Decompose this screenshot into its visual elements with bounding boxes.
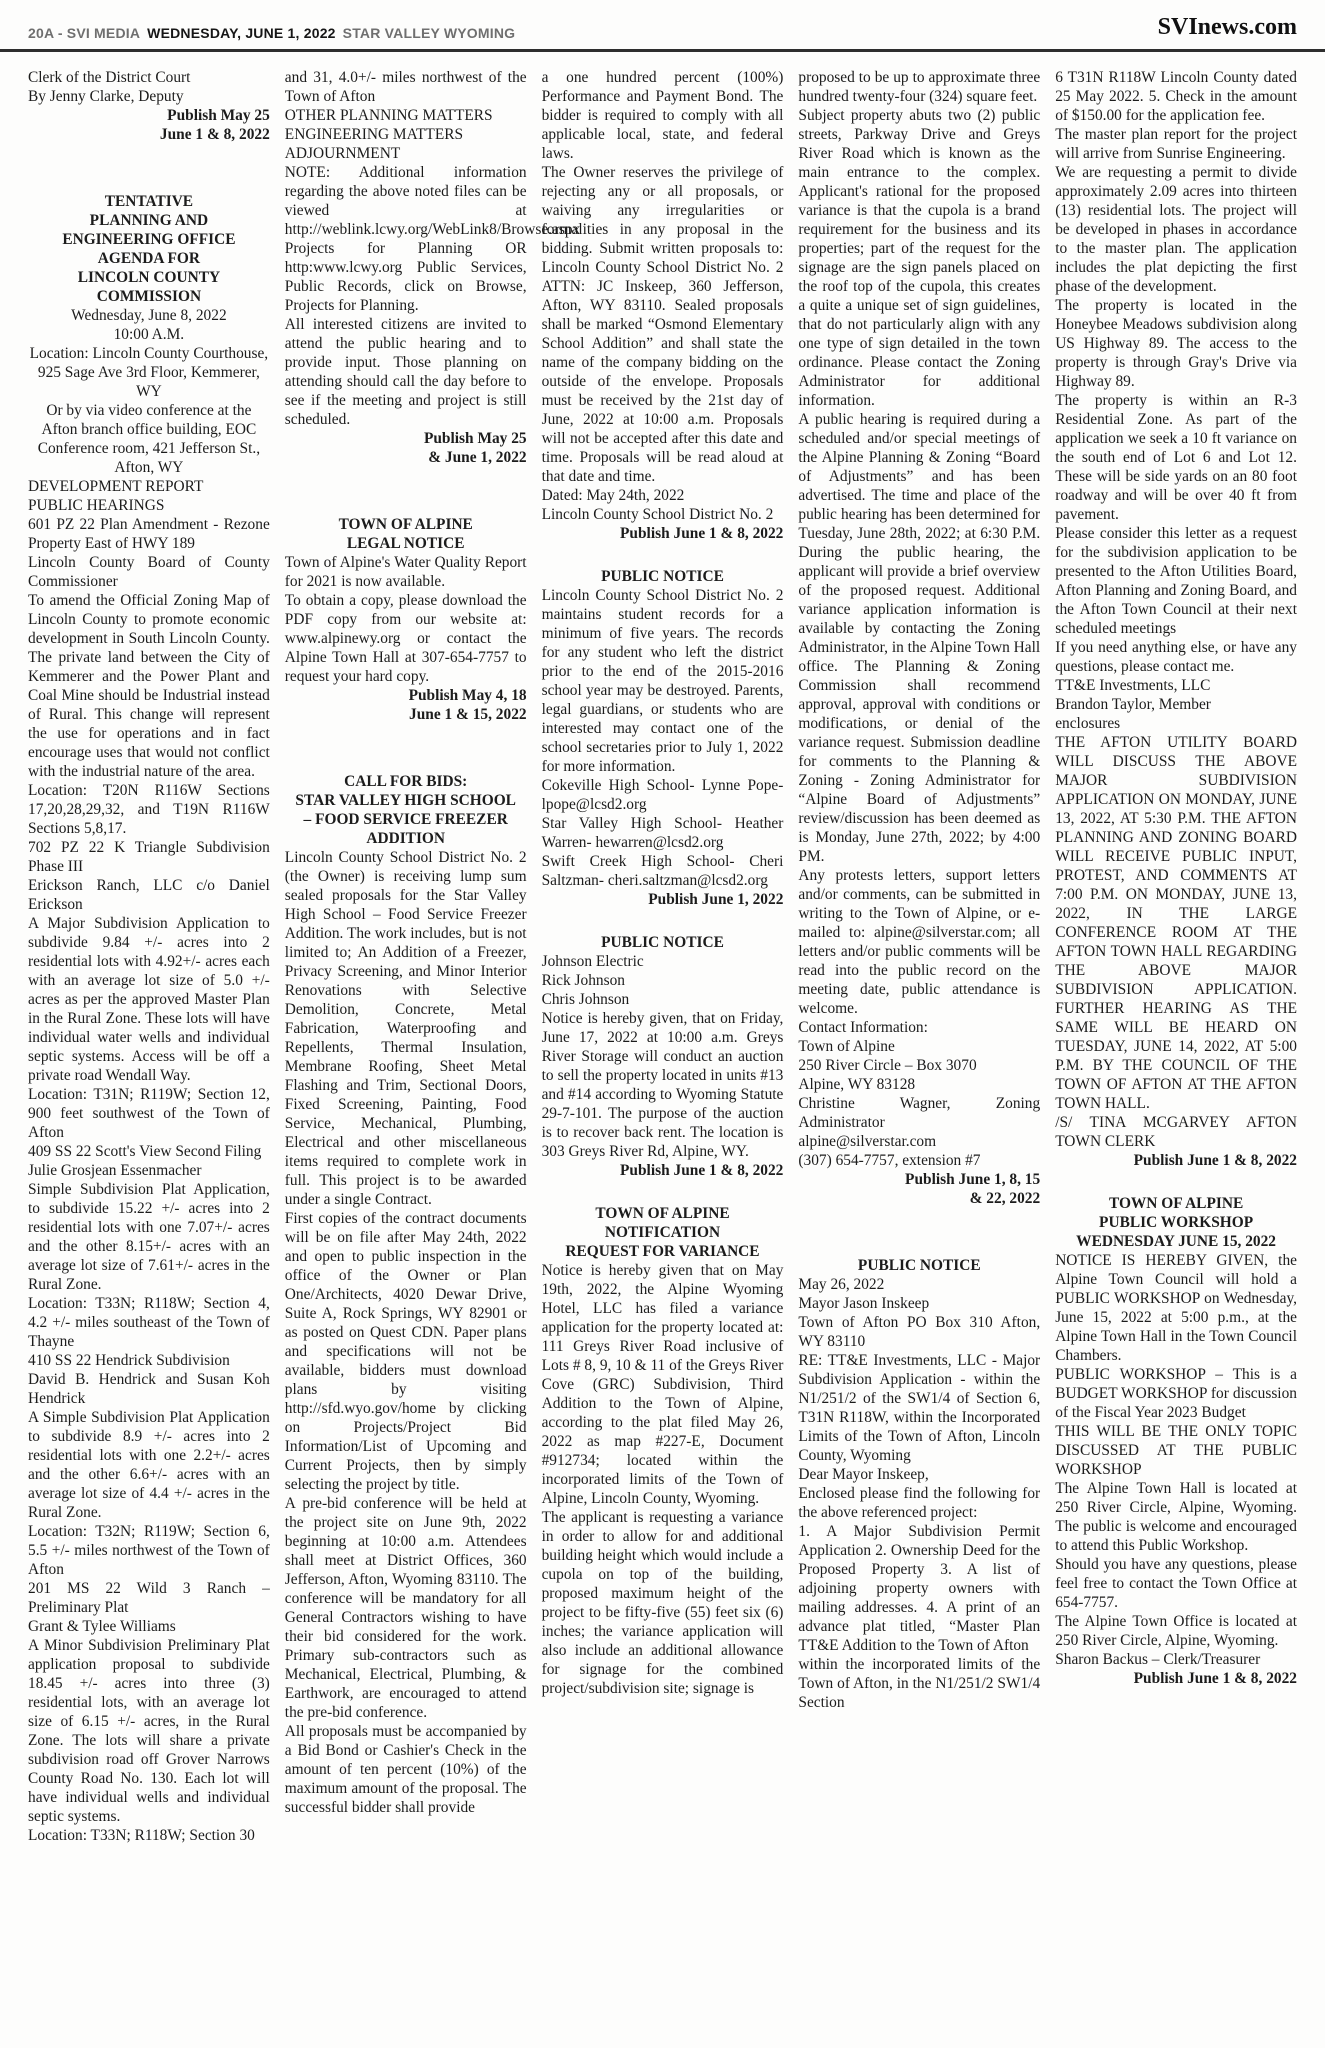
notice-paragraph: Chris Johnson — [542, 990, 784, 1009]
notice-paragraph: A public hearing is required during a sc… — [798, 410, 1040, 866]
notice-paragraph: Dear Mayor Inskeep, — [798, 1465, 1040, 1484]
publish-line: Publish June 1, 2022 — [542, 890, 784, 909]
notice-paragraph: Swift Creek High School- Cheri Saltzman-… — [542, 852, 784, 890]
notice-centered-text: Wednesday, June 8, 2022 — [28, 306, 270, 325]
notice-paragraph: THIS WILL BE THE ONLY TOPIC DISCUSSED AT… — [1055, 1422, 1297, 1479]
notice-paragraph: Any protests letters, support letters an… — [798, 866, 1040, 1018]
notice-paragraph: ADJOURNMENT — [285, 144, 527, 163]
notice-paragraph: All proposals must be accompanied by a B… — [285, 1722, 527, 1817]
notice-paragraph: Lincoln County School District No. 2 — [542, 505, 784, 524]
notice-paragraph: Town of Alpine — [798, 1037, 1040, 1056]
notice-heading: PUBLIC NOTICE — [542, 933, 784, 952]
notice-paragraph: Sharon Backus – Clerk/Treasurer — [1055, 1650, 1297, 1669]
notice-paragraph: Location: T20N R116W Sections 17,20,28,2… — [28, 781, 270, 838]
notice-paragraph: Lincoln County Board of County Commissio… — [28, 553, 270, 591]
notice-paragraph: alpine@silverstar.com — [798, 1132, 1040, 1151]
column-spacer — [1055, 1170, 1297, 1194]
column-spacer — [285, 748, 527, 772]
notice-paragraph: PUBLIC HEARINGS — [28, 496, 270, 515]
notice-paragraph: Erickson Ranch, LLC c/o Daniel Erickson — [28, 876, 270, 914]
publish-line: & June 1, 2022 — [285, 448, 527, 467]
column-5: 6 T31N R118W Lincoln County dated 25 May… — [1055, 68, 1297, 2042]
header-folio: 20A - SVI MEDIA WEDNESDAY, JUNE 1, 2022 … — [28, 25, 515, 41]
notice-paragraph: 601 PZ 22 Plan Amendment - Rezone Proper… — [28, 515, 270, 553]
notice-heading: TENTATIVE PLANNING AND ENGINEERING OFFIC… — [28, 192, 270, 306]
column-spacer — [542, 909, 784, 933]
notice-paragraph: The Owner reserves the privilege of reje… — [542, 163, 784, 486]
notice-heading: CALL FOR BIDS: STAR VALLEY HIGH SCHOOL –… — [285, 772, 527, 848]
publish-line: & 22, 2022 — [798, 1189, 1040, 1208]
notice-paragraph: Clerk of the District Court — [28, 68, 270, 87]
notice-heading: PUBLIC NOTICE — [542, 567, 784, 586]
notice-paragraph: 409 SS 22 Scott's View Second Filing — [28, 1142, 270, 1161]
notice-paragraph: All interested citizens are invited to a… — [285, 315, 527, 429]
notice-paragraph: By Jenny Clarke, Deputy — [28, 87, 270, 106]
notice-paragraph: RE: TT&E Investments, LLC - Major Subdiv… — [798, 1351, 1040, 1465]
notice-paragraph: Christine Wagner, Zoning Administrator — [798, 1094, 1040, 1132]
notice-paragraph: Grant & Tylee Williams — [28, 1617, 270, 1636]
notice-paragraph: Johnson Electric — [542, 952, 784, 971]
publish-line: June 1 & 8, 2022 — [28, 125, 270, 144]
notice-paragraph: NOTE: Additional information regarding t… — [285, 163, 527, 315]
notice-paragraph: First copies of the contract documents w… — [285, 1209, 527, 1494]
notice-paragraph: and 31, 4.0+/- miles northwest of the To… — [285, 68, 527, 106]
notice-paragraph: enclosures — [1055, 714, 1297, 733]
notice-paragraph: A pre-bid conference will be held at the… — [285, 1494, 527, 1722]
notice-paragraph: 1. A Major Subdivision Permit Applicatio… — [798, 1522, 1040, 1655]
notice-paragraph: Location: T33N; R118W; Section 4, 4.2 +/… — [28, 1294, 270, 1351]
column-spacer — [798, 1232, 1040, 1256]
publish-line: Publish May 4, 18 — [285, 686, 527, 705]
notice-paragraph: Mayor Jason Inskeep — [798, 1294, 1040, 1313]
notice-paragraph: 702 PZ 22 K Triangle Subdivision Phase I… — [28, 838, 270, 876]
notice-paragraph: May 26, 2022 — [798, 1275, 1040, 1294]
notice-paragraph: ENGINEERING MATTERS — [285, 125, 527, 144]
notice-centered-text: Location: Lincoln County Courthouse, 925… — [28, 344, 270, 401]
column-1: Clerk of the District CourtBy Jenny Clar… — [28, 68, 270, 2042]
publish-line: Publish June 1 & 8, 2022 — [542, 1161, 784, 1180]
notice-paragraph: We are requesting a permit to divide app… — [1055, 163, 1297, 296]
notice-paragraph: Lincoln County School District No. 2 (th… — [285, 848, 527, 1209]
column-spacer — [285, 724, 527, 748]
notice-paragraph: A Major Subdivision Application to subdi… — [28, 914, 270, 1085]
notice-paragraph: Dated: May 24th, 2022 — [542, 486, 784, 505]
notice-paragraph: Notice is hereby given that on May 19th,… — [542, 1261, 784, 1508]
notice-paragraph: 410 SS 22 Hendrick Subdivision — [28, 1351, 270, 1370]
publish-line: Publish June 1 & 8, 2022 — [1055, 1151, 1297, 1170]
notice-paragraph: Town of Afton PO Box 310 Afton, WY 83110 — [798, 1313, 1040, 1351]
header-website-brand: SVInews.com — [1158, 14, 1297, 41]
notice-paragraph: To obtain a copy, please download the PD… — [285, 591, 527, 686]
publish-line: Publish June 1 & 8, 2022 — [1055, 1669, 1297, 1688]
notice-paragraph: DEVELOPMENT REPORT — [28, 477, 270, 496]
notice-paragraph: TT&E Investments, LLC — [1055, 676, 1297, 695]
notice-paragraph: 6 T31N R118W Lincoln County dated 25 May… — [1055, 68, 1297, 125]
notice-paragraph: Lincoln County School District No. 2 mai… — [542, 586, 784, 776]
notice-heading: TOWN OF ALPINE LEGAL NOTICE — [285, 515, 527, 553]
notice-centered-text: Or by via video conference at the Afton … — [28, 401, 270, 477]
notice-paragraph: /S/ TINA MCGARVEY AFTON TOWN CLERK — [1055, 1113, 1297, 1151]
publish-line: June 1 & 15, 2022 — [285, 705, 527, 724]
notice-heading: TOWN OF ALPINE PUBLIC WORKSHOP WEDNESDAY… — [1055, 1194, 1297, 1251]
notice-paragraph: The property is located in the Honeybee … — [1055, 296, 1297, 391]
notice-paragraph: Brandon Taylor, Member — [1055, 695, 1297, 714]
notice-heading: PUBLIC NOTICE — [798, 1256, 1040, 1275]
notice-centered-text: 10:00 A.M. — [28, 325, 270, 344]
notice-paragraph: Location: T31N; R119W; Section 12, 900 f… — [28, 1085, 270, 1142]
publish-line: Publish May 25 — [28, 106, 270, 125]
header-date: WEDNESDAY, JUNE 1, 2022 — [147, 25, 336, 41]
notice-paragraph: Star Valley High School- Heather Warren-… — [542, 814, 784, 852]
notice-paragraph: Contact Information: — [798, 1018, 1040, 1037]
notice-paragraph: Simple Subdivision Plat Application, to … — [28, 1180, 270, 1294]
publish-line: Publish June 1 & 8, 2022 — [542, 524, 784, 543]
notice-paragraph: within the incorporated limits of the To… — [798, 1655, 1040, 1712]
newspaper-page: 20A - SVI MEDIA WEDNESDAY, JUNE 1, 2022 … — [0, 0, 1325, 2048]
publish-line: Publish May 25 — [285, 429, 527, 448]
notice-paragraph: 250 River Circle – Box 3070 — [798, 1056, 1040, 1075]
notice-paragraph: (307) 654-7757, extension #7 — [798, 1151, 1040, 1170]
column-3: a one hundred percent (100%) Performance… — [542, 68, 784, 2042]
notice-paragraph: PUBLIC WORKSHOP – This is a BUDGET WORKS… — [1055, 1365, 1297, 1422]
column-spacer — [542, 543, 784, 567]
notice-heading: TOWN OF ALPINE NOTIFICATION REQUEST FOR … — [542, 1204, 784, 1261]
notice-paragraph: The property is within an R-3 Residentia… — [1055, 391, 1297, 524]
notice-paragraph: To amend the Official Zoning Map of Linc… — [28, 591, 270, 781]
notice-paragraph: A Simple Subdivision Plat Application to… — [28, 1408, 270, 1522]
notice-paragraph: Location: T32N; R119W; Section 6, 5.5 +/… — [28, 1522, 270, 1579]
notice-paragraph: THE AFTON UTILITY BOARD WILL DISCUSS THE… — [1055, 733, 1297, 1113]
column-2: and 31, 4.0+/- miles northwest of the To… — [285, 68, 527, 2042]
column-spacer — [542, 1180, 784, 1204]
page-number-label: 20A - SVI MEDIA — [28, 25, 140, 41]
notice-paragraph: Please consider this letter as a request… — [1055, 524, 1297, 638]
notice-paragraph: Julie Grosjean Essenmacher — [28, 1161, 270, 1180]
notice-paragraph: Rick Johnson — [542, 971, 784, 990]
column-spacer — [798, 1208, 1040, 1232]
notice-paragraph: 201 MS 22 Wild 3 Ranch – Preliminary Pla… — [28, 1579, 270, 1617]
notice-paragraph: Cokeville High School- Lynne Pope- lpope… — [542, 776, 784, 814]
column-spacer — [285, 491, 527, 515]
notice-paragraph: a one hundred percent (100%) Performance… — [542, 68, 784, 163]
notice-paragraph: The applicant is requesting a variance i… — [542, 1508, 784, 1698]
notice-paragraph: proposed to be up to approximate three h… — [798, 68, 1040, 106]
publish-line: Publish June 1, 8, 15 — [798, 1170, 1040, 1189]
notice-paragraph: Subject property abuts two (2) public st… — [798, 106, 1040, 410]
notice-paragraph: Location: T33N; R118W; Section 30 — [28, 1826, 270, 1845]
notice-paragraph: Notice is hereby given, that on Friday, … — [542, 1009, 784, 1161]
page-header: 20A - SVI MEDIA WEDNESDAY, JUNE 1, 2022 … — [0, 0, 1325, 52]
notice-paragraph: The Alpine Town Office is located at 250… — [1055, 1612, 1297, 1650]
notice-paragraph: NOTICE IS HEREBY GIVEN, the Alpine Town … — [1055, 1251, 1297, 1365]
notice-paragraph: OTHER PLANNING MATTERS — [285, 106, 527, 125]
column-spacer — [28, 144, 270, 168]
notice-paragraph: David B. Hendrick and Susan Koh Hendrick — [28, 1370, 270, 1408]
notice-paragraph: The Alpine Town Hall is located at 250 R… — [1055, 1479, 1297, 1555]
notice-paragraph: Should you have any questions, please fe… — [1055, 1555, 1297, 1612]
column-spacer — [28, 168, 270, 192]
notice-paragraph: Town of Alpine's Water Quality Report fo… — [285, 553, 527, 591]
notice-paragraph: If you need anything else, or have any q… — [1055, 638, 1297, 676]
notice-paragraph: Enclosed please find the following for t… — [798, 1484, 1040, 1522]
notice-paragraph: A Minor Subdivision Preliminary Plat app… — [28, 1636, 270, 1826]
notice-paragraph: The master plan report for the project w… — [1055, 125, 1297, 163]
legal-notices-columns: Clerk of the District CourtBy Jenny Clar… — [0, 52, 1325, 2042]
column-spacer — [285, 467, 527, 491]
header-region-label: STAR VALLEY WYOMING — [343, 25, 516, 41]
column-4: proposed to be up to approximate three h… — [798, 68, 1040, 2042]
notice-paragraph: Alpine, WY 83128 — [798, 1075, 1040, 1094]
